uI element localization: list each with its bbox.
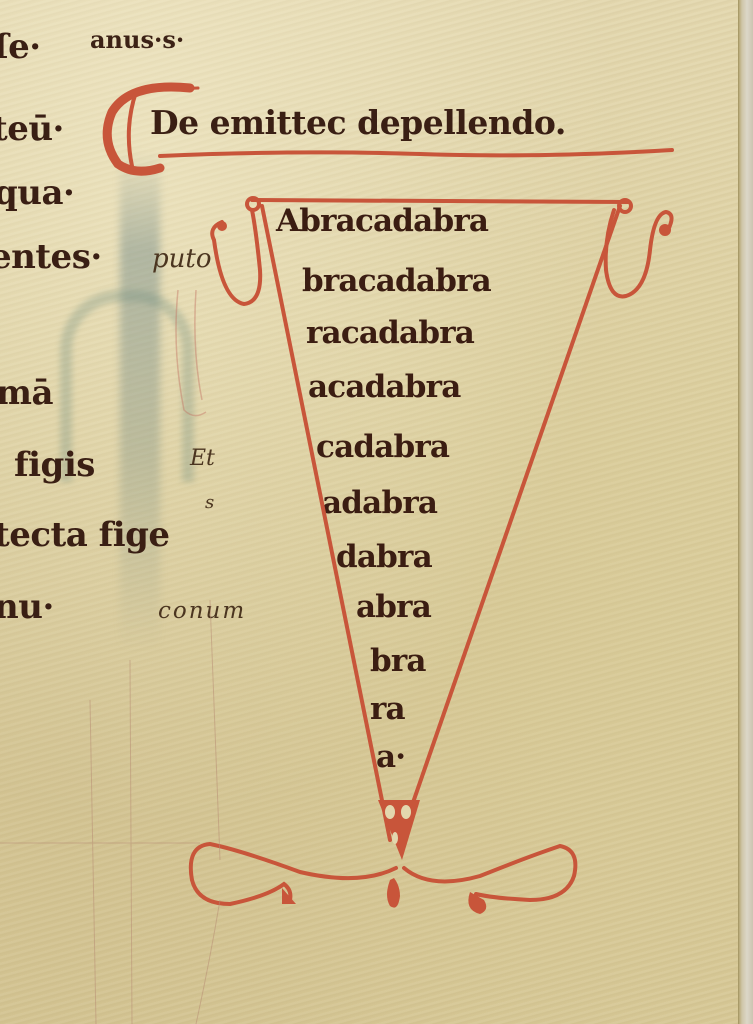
bottom-flourishes: [191, 844, 576, 904]
rubric-heading: De emittec depellendo.: [150, 103, 566, 142]
apex-knot: [378, 800, 420, 908]
left-line-8: nu·: [0, 590, 54, 624]
charm-line-8: abra: [356, 592, 431, 623]
left-line-1: ſe·: [0, 30, 41, 64]
gloss-conum: conum: [158, 600, 246, 623]
gloss-s-mark: s: [205, 494, 214, 512]
gloss-et: Et: [190, 448, 215, 470]
charm-line-2: bracadabra: [302, 266, 491, 297]
charm-line-7: dabra: [336, 542, 432, 573]
gloss-puto: puto: [152, 246, 212, 272]
left-line-5: mā: [0, 376, 53, 410]
right-hook-flourish: [606, 210, 672, 296]
charm-line-6: adabra: [322, 488, 437, 519]
page-edge: [738, 0, 753, 1024]
charm-line-10: ra: [370, 694, 405, 725]
left-line-6: figis: [14, 448, 95, 482]
faint-ruling: [0, 600, 220, 1024]
charm-line-9: bra: [370, 646, 426, 677]
charm-line-11: a·: [376, 742, 405, 773]
charm-line-5: cadabra: [316, 432, 449, 463]
rubric-underline: [160, 150, 672, 156]
left-line-3: qua·: [0, 176, 74, 210]
charm-line-4: acadabra: [308, 372, 461, 403]
charm-line-3: racadabra: [306, 318, 474, 349]
gloss-anus: anus·s·: [90, 28, 184, 52]
left-line-4: entes·: [0, 240, 102, 274]
charm-line-1: Abracadabra: [276, 206, 488, 237]
left-line-7: tecta fige: [0, 518, 170, 552]
manuscript-page: ſe· teū· qua· entes· mā figis tecta fige…: [0, 0, 753, 1024]
left-line-2: teū·: [0, 112, 64, 146]
left-hook-flourish: [212, 210, 260, 304]
